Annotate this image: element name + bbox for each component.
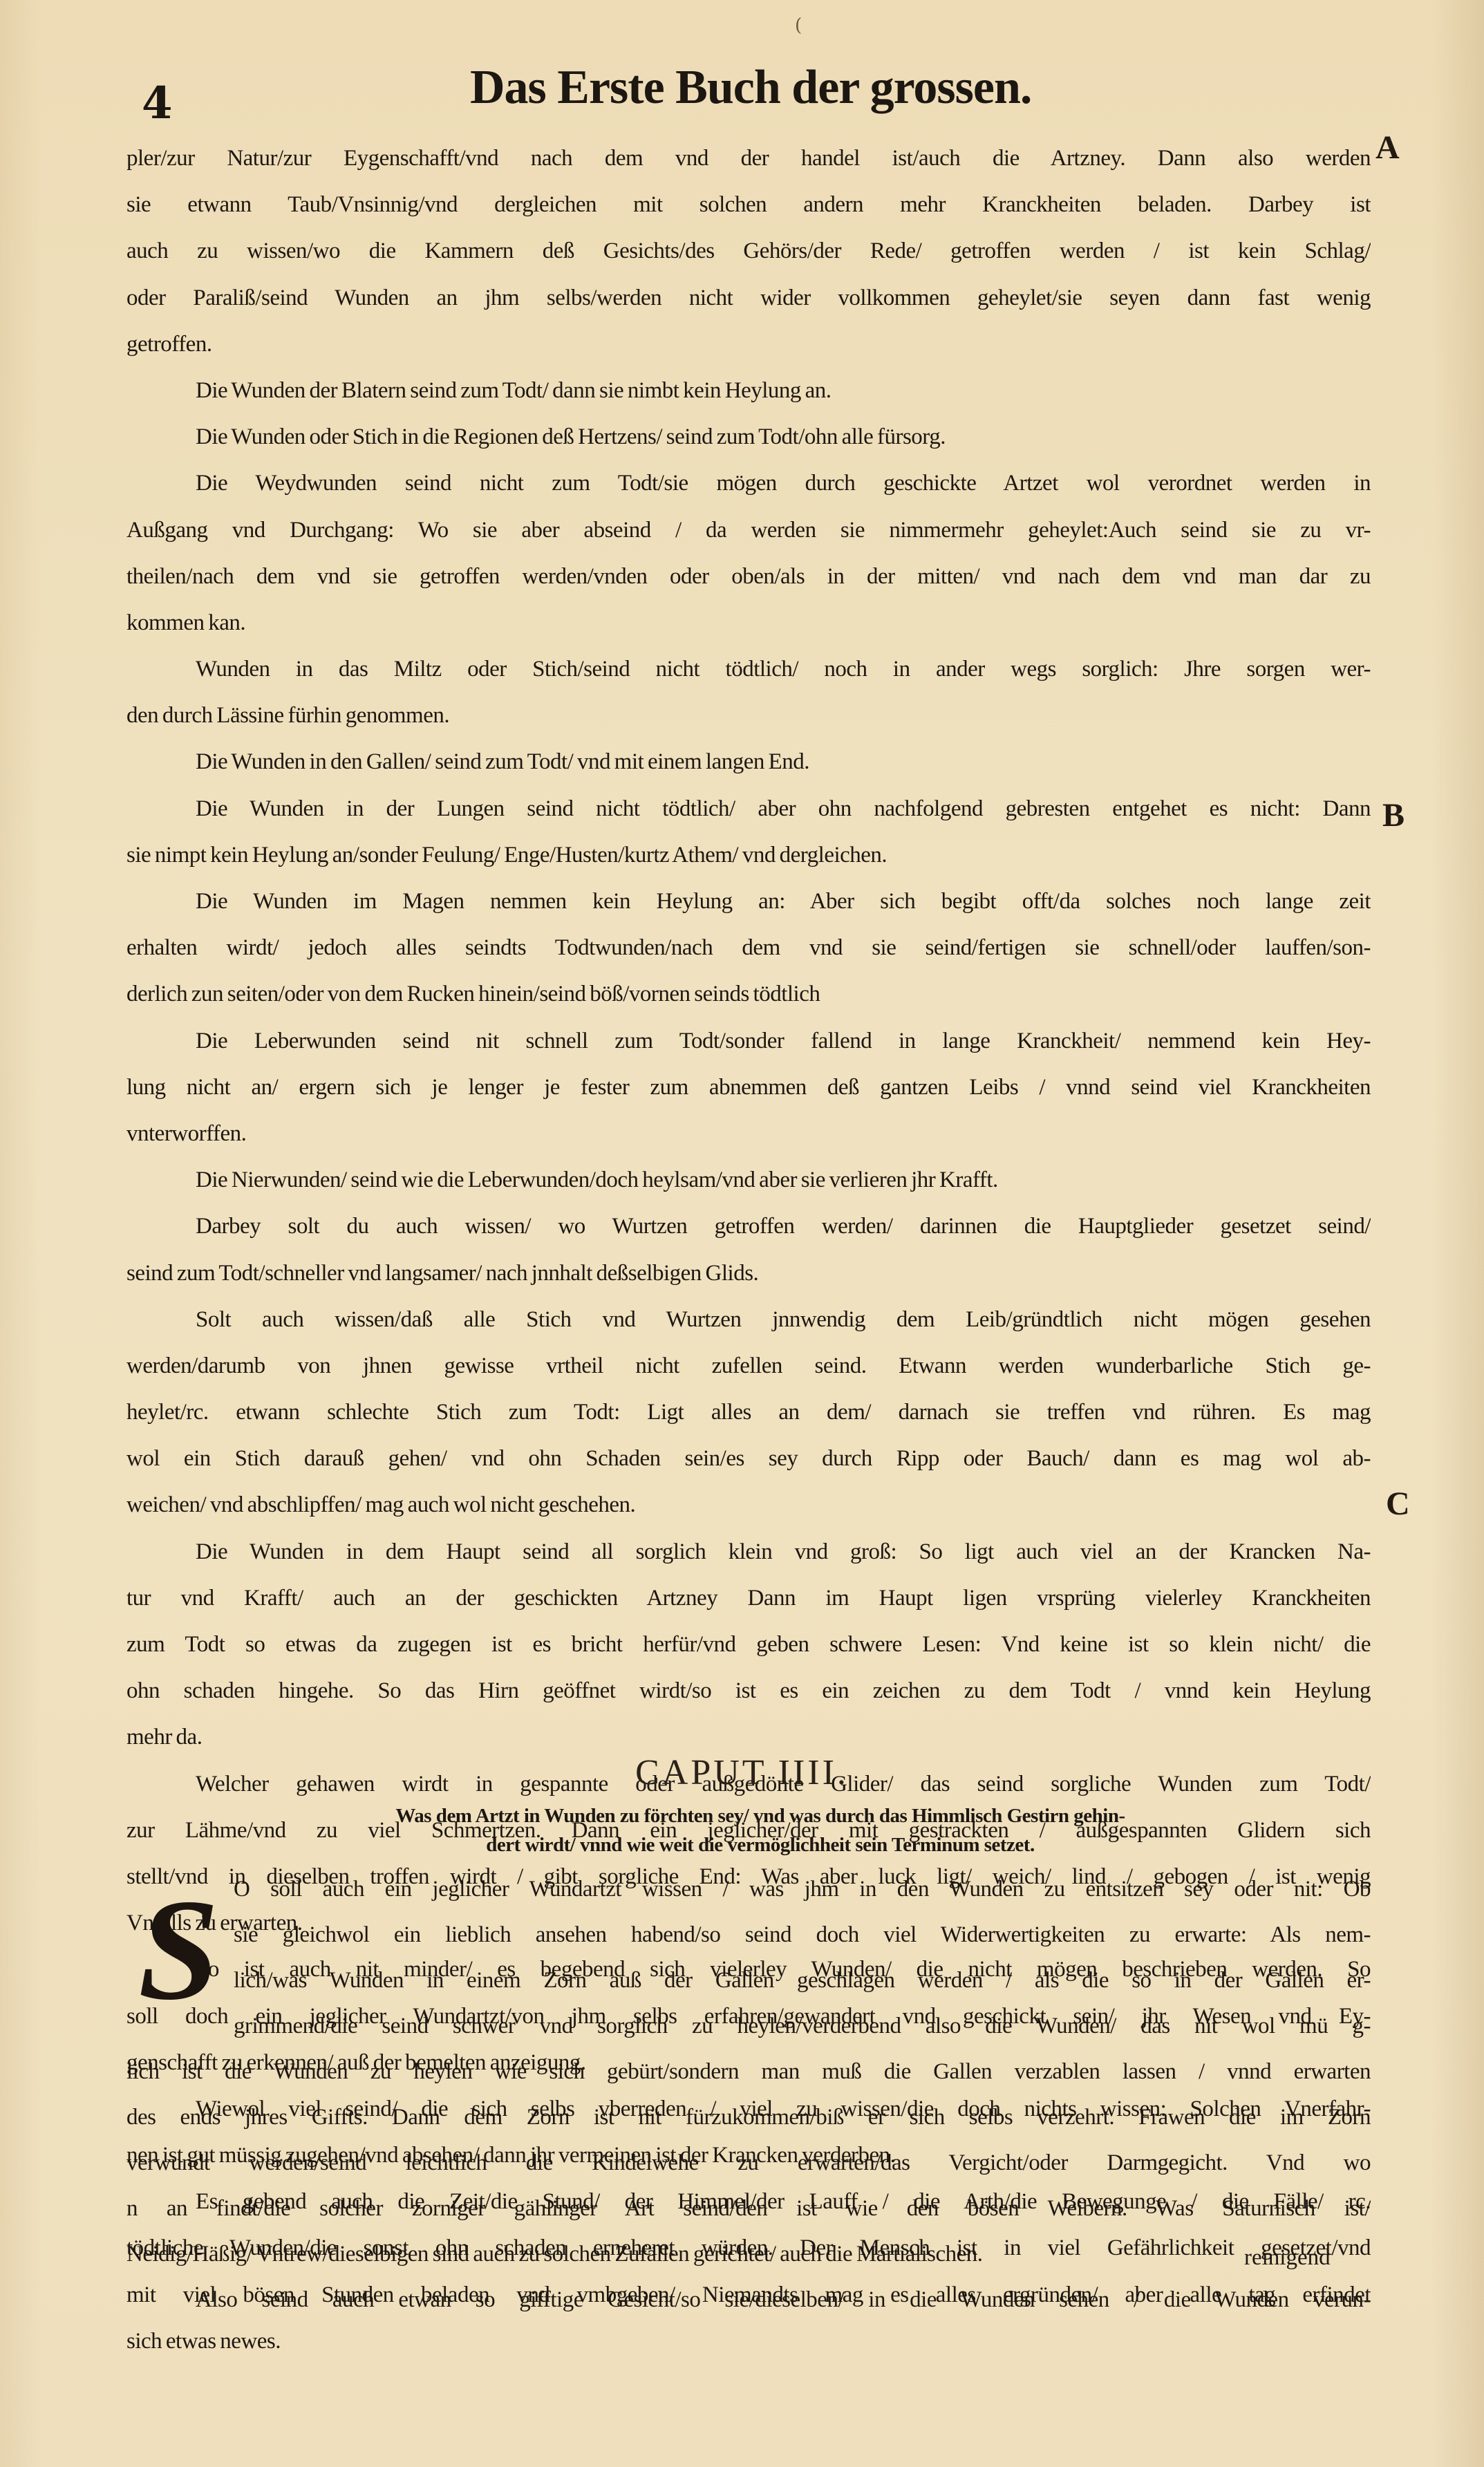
text-line: weichen/ vnd abschlipffen/ mag auch wol … bbox=[126, 1482, 1371, 1528]
text-line: getroffen. bbox=[126, 321, 1371, 368]
chapter-subtitle-line: Was dem Artzt in Wunden zu förchten sey/… bbox=[207, 1801, 1313, 1830]
text-line: heylet/rc. etwann schlechte Stich zum To… bbox=[126, 1389, 1371, 1436]
text-line: zum Todt so etwas da zugegen ist es bric… bbox=[126, 1622, 1371, 1668]
catchword: reinigend bbox=[1244, 2245, 1331, 2271]
text-line: Außgang vnd Durchgang: Wo sie aber absei… bbox=[126, 507, 1371, 554]
chapter-body-text: O soll auch ein jeglicher Wundartzt wiss… bbox=[126, 1866, 1371, 2323]
text-line: auch zu wissen/wo die Kammern deß Gesich… bbox=[126, 228, 1371, 274]
book-page: ( 4 Das Erste Buch der grossen. A B C pl… bbox=[0, 0, 1484, 2467]
paragraph-start: Die Wunden in dem Haupt seind all sorgli… bbox=[126, 1529, 1371, 1575]
margin-letter-b: B bbox=[1382, 796, 1405, 834]
text-line: oder Paraliß/seind Wunden an jhm selbs/w… bbox=[126, 275, 1371, 321]
text-line: O soll auch ein jeglicher Wundartzt wiss… bbox=[126, 1866, 1371, 1912]
paragraph-start: Die Weydwunden seind nicht zum Todt/sie … bbox=[126, 460, 1371, 507]
chapter-heading: CAPUT IIII. bbox=[0, 1752, 1484, 1793]
margin-letter-a: A bbox=[1375, 129, 1400, 167]
text-line: sich etwas newes. bbox=[126, 2318, 1371, 2365]
margin-letter-c: C bbox=[1386, 1485, 1410, 1523]
text-line: sie nimpt kein Heylung an/sonder Feulung… bbox=[126, 832, 1371, 879]
text-line: lich/was Wunden in einem Zorn auß der Ga… bbox=[126, 1958, 1371, 2003]
text-line: seind zum Todt/schneller vnd langsamer/ … bbox=[126, 1250, 1371, 1297]
text-line: lich ist die Wunden zu heylen wie sich g… bbox=[126, 2049, 1371, 2094]
text-line: den durch Lässine fürhin genommen. bbox=[126, 693, 1371, 739]
paragraph-start: Die Leberwunden seind nit schnell zum To… bbox=[126, 1018, 1371, 1064]
paragraph-start: Wunden in das Miltz oder Stich/seind nic… bbox=[126, 646, 1371, 693]
running-head: Das Erste Buch der grossen. bbox=[470, 64, 1092, 112]
text-line: werden/darumb von jhnen gewisse vrtheil … bbox=[126, 1343, 1371, 1389]
paragraph-start: Darbey solt du auch wissen/ wo Wurtzen g… bbox=[126, 1203, 1371, 1250]
text-line: ohn schaden hingehe. So das Hirn geöffne… bbox=[126, 1668, 1371, 1714]
text-line: grimmend/die seind schwer vnd sorglich z… bbox=[126, 2003, 1371, 2049]
chapter-subtitle-line: dert wirdt/ vnnd wie weit die vermöglich… bbox=[207, 1830, 1313, 1859]
paragraph-start: Die Wunden der Blatern seind zum Todt/ d… bbox=[126, 368, 1371, 414]
text-line: theilen/nach dem vnd sie getroffen werde… bbox=[126, 554, 1371, 600]
text-line: kommen kan. bbox=[126, 600, 1371, 646]
paragraph-start: Die Wunden oder Stich in die Regionen de… bbox=[126, 414, 1371, 460]
page-number: 4 bbox=[142, 82, 173, 126]
paragraph-start: Solt auch wissen/daß alle Stich vnd Wurt… bbox=[126, 1297, 1371, 1343]
text-line: vnterworffen. bbox=[126, 1111, 1371, 1157]
text-line: lung nicht an/ ergern sich je lenger je … bbox=[126, 1064, 1371, 1111]
text-line: des ends jhres Giffts. Dann dem Zorn ist… bbox=[126, 2094, 1371, 2140]
text-line: derlich zun seiten/oder von dem Rucken h… bbox=[126, 971, 1371, 1017]
text-line: wol ein Stich darauß gehen/ vnd ohn Scha… bbox=[126, 1436, 1371, 1482]
text-line: tur vnd Krafft/ auch an der geschickten … bbox=[126, 1575, 1371, 1622]
paragraph-start: Also seind auch etwan so gifftige Gesich… bbox=[126, 2277, 1371, 2323]
paragraph-start: Die Wunden im Magen nemmen kein Heylung … bbox=[126, 879, 1371, 925]
text-line: n an findt/die solcher zorniger gählinge… bbox=[126, 2186, 1371, 2231]
paragraph-start: Die Nierwunden/ seind wie die Leberwunde… bbox=[126, 1157, 1371, 1203]
top-mark: ( bbox=[795, 15, 802, 36]
paragraph-start: Die Wunden in den Gallen/ seind zum Todt… bbox=[126, 739, 1371, 785]
text-line: pler/zur Natur/zur Eygenschafft/vnd nach… bbox=[126, 135, 1371, 182]
text-line: erhalten wirdt/ jedoch alles seindts Tod… bbox=[126, 925, 1371, 971]
text-line: verwundt werden/seind leichtlich die Kin… bbox=[126, 2140, 1371, 2186]
text-line: Neidig/Häßig/ Vntrew/dieselbigen sind au… bbox=[126, 2231, 1371, 2277]
text-line: sie etwann Taub/Vnsinnig/vnd dergleichen… bbox=[126, 182, 1371, 228]
paragraph-start: Die Wunden in der Lungen seind nicht töd… bbox=[126, 786, 1371, 832]
text-line: sie gleichwol ein lieblich ansehen haben… bbox=[126, 1912, 1371, 1958]
